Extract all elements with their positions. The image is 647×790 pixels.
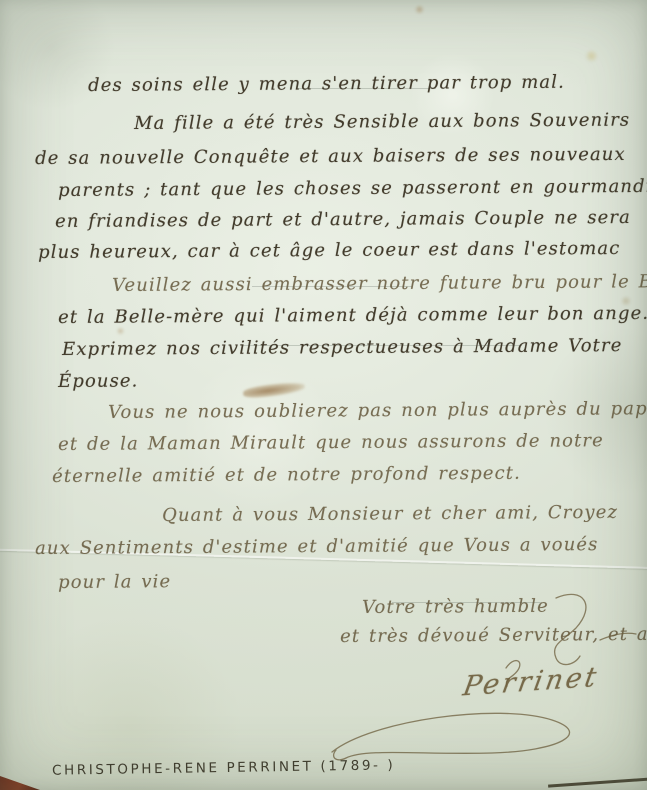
corner-mark (0, 770, 40, 790)
letter-line: parents ; tant que les choses se passero… (58, 177, 647, 201)
letter-line: Exprimez nos civilités respectueuses à M… (62, 336, 622, 360)
letter-line: en friandises de part et d'autre, jamais… (55, 208, 631, 232)
letter-scan: des soins elle y mena s'en tirer par tro… (0, 0, 647, 790)
letter-line: et très dévoué Serviteur, et ami (340, 625, 647, 647)
letter-line: pour la vie (58, 572, 171, 593)
letter-line: aux Sentiments d'estime et d'amitié que … (35, 535, 599, 559)
letter-line: Quant à vous Monsieur et cher ami, Croye… (162, 503, 618, 526)
letter-line: et de la Maman Mirault que nous assurons… (58, 431, 604, 455)
foxing-spot (584, 50, 599, 62)
letter-line: Veuillez aussi embrasser notre future br… (112, 272, 647, 296)
letter-line: éternelle amitié et de notre profond res… (52, 464, 521, 487)
letter-line: plus heureux, car à cet âge le coeur est… (38, 239, 620, 263)
signature: Perrinet (461, 663, 602, 703)
letter-line: de sa nouvelle Conquête et aux baisers d… (35, 145, 626, 169)
archivist-caption: CHRISTOPHE-RENE PERRINET (1789- ) (52, 757, 396, 778)
paper-edge-line (548, 777, 647, 787)
letter-line: Épouse. (58, 371, 139, 391)
paraph-loop (332, 713, 570, 760)
ink-stain (242, 380, 305, 399)
letter-line: et la Belle-mère qui l'aiment déjà comme… (58, 304, 647, 328)
letter-line: Votre très humble (362, 597, 549, 618)
letter-line: Ma fille a été très Sensible aux bons So… (134, 111, 630, 134)
letter-line: Vous ne nous oublierez pas non plus aupr… (108, 399, 647, 423)
foxing-spot (414, 5, 425, 14)
foxing-spot (116, 327, 125, 335)
letter-line: des soins elle y mena s'en tirer par tro… (88, 73, 565, 96)
